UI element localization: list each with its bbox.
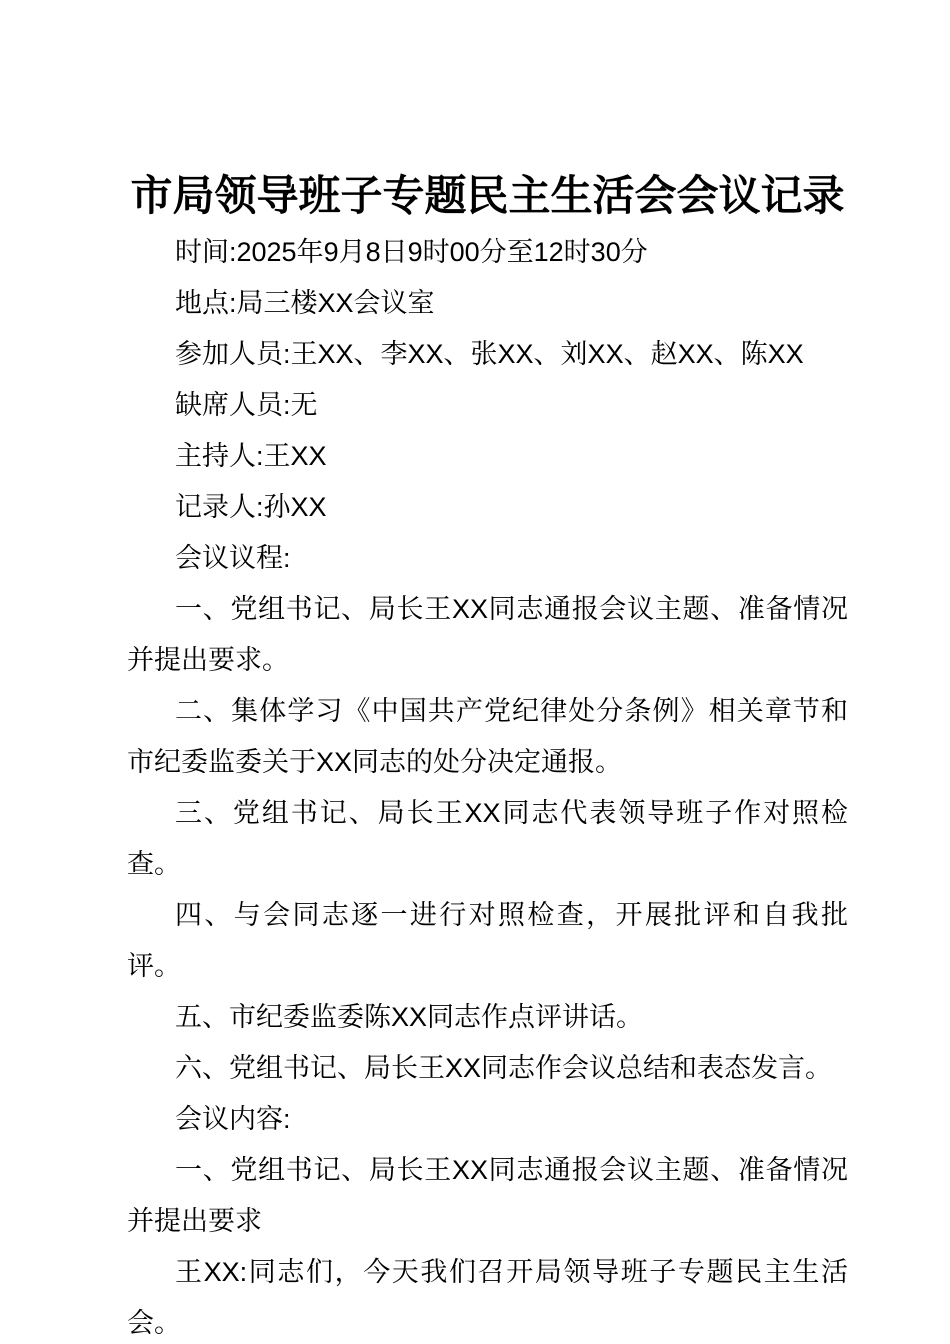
meeting-location: 地点:局三楼XX会议室 [127,278,848,329]
meeting-attendees: 参加人员:王XX、李XX、张XX、刘XX、赵XX、陈XX [127,329,848,380]
agenda-item-2: 二、集体学习《中国共产党纪律处分条例》相关章节和市纪委监委关于XX同志的处分决定… [127,686,848,788]
meeting-absentees: 缺席人员:无 [127,380,848,431]
document-title: 市局领导班子专题民主生活会会议记录 [127,165,848,227]
document-body: 时间:2025年9月8日9时00分至12时30分 地点:局三楼XX会议室 参加人… [127,227,848,1344]
agenda-item-5: 五、市纪委监委陈XX同志作点评讲话。 [127,992,848,1043]
meeting-moderator: 主持人:王XX [127,431,848,482]
document-page: 市局领导班子专题民主生活会会议记录 时间:2025年9月8日9时00分至12时3… [0,0,950,1344]
meeting-recorder: 记录人:孙XX [127,482,848,533]
agenda-item-4: 四、与会同志逐一进行对照检查，开展批评和自我批评。 [127,890,848,992]
speech-wang-opening: 王XX:同志们，今天我们召开局领导班子专题民主生活会。 [127,1247,848,1344]
agenda-item-6: 六、党组书记、局长王XX同志作会议总结和表态发言。 [127,1043,848,1094]
content-item-1-title: 一、党组书记、局长王XX同志通报会议主题、准备情况并提出要求 [127,1145,848,1247]
agenda-label: 会议议程: [127,533,848,584]
content-label: 会议内容: [127,1094,848,1145]
agenda-item-1: 一、党组书记、局长王XX同志通报会议主题、准备情况并提出要求。 [127,584,848,686]
agenda-item-3: 三、党组书记、局长王XX同志代表领导班子作对照检查。 [127,788,848,890]
meeting-time: 时间:2025年9月8日9时00分至12时30分 [127,227,848,278]
